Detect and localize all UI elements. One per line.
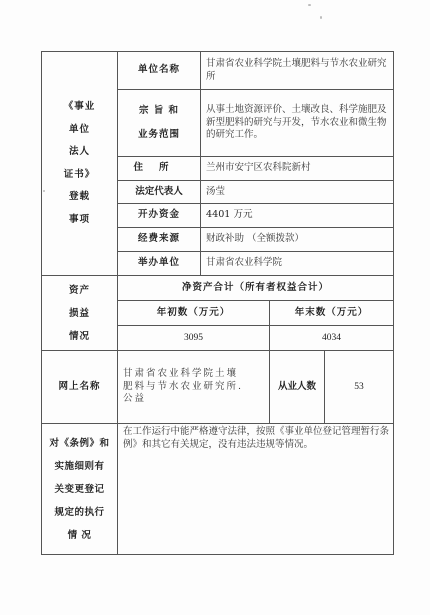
online-name-label: 网上名称 [42, 351, 118, 424]
label-line: 情 况 [42, 524, 117, 547]
purpose-scope-label: 宗 旨 和 业务范围 [118, 90, 201, 157]
label-line: 法人 [42, 141, 117, 164]
staff-count-value: 53 [325, 351, 394, 424]
value-line: 肥料与节水农业研究所. [123, 381, 269, 394]
section-assets-label: 资产 损益 情况 [42, 276, 118, 351]
registration-table: 《事业 单位 法人 证书》 登载 事项 单位名称 甘肃省农业科学院土壤肥料与节水… [41, 51, 394, 555]
section-compliance-label: 对《条例》和 实施细则有 关变更登记 规定的执行 情 况 [42, 424, 118, 555]
unit-name-value: 甘肃省农业科学院土壤肥料与节水农业研究所 [201, 52, 394, 90]
sponsor-value: 甘肃省农业科学院 [201, 252, 394, 276]
row-online-name: 网上名称 甘肃省农业科学院土壤 肥料与节水农业研究所. 公益 从业人数 53 [42, 351, 394, 424]
scan-speck [308, 4, 311, 6]
sponsor-label: 举办单位 [118, 252, 201, 276]
funding-source-value: 财政补助 （全额拨款） [201, 228, 394, 252]
funding-source-label: 经费来源 [118, 228, 201, 252]
label-line: 实施细则有 [42, 455, 117, 478]
label-line: 《事业 [42, 96, 117, 119]
label-line: 宗 旨 和 [118, 99, 200, 123]
online-name-value: 甘肃省农业科学院土壤 肥料与节水农业研究所. 公益 [118, 351, 270, 424]
section-registration-label: 《事业 单位 法人 证书》 登载 事项 [42, 52, 118, 276]
address-value: 兰州市安宁区农科院新村 [201, 157, 394, 181]
label-line: 关变更登记 [42, 478, 117, 501]
compliance-value: 在工作运行中能严格遵守法律，按照《事业单位登记管理暂行条例》和其它有关规定，没有… [118, 424, 394, 555]
address-label: 住所 [118, 157, 201, 181]
row-compliance: 对《条例》和 实施细则有 关变更登记 规定的执行 情 况 在工作运行中能严格遵守… [42, 424, 394, 555]
label-line: 规定的执行 [42, 501, 117, 524]
label-line: 资产 [42, 279, 117, 302]
row-unit-name: 《事业 单位 法人 证书》 登载 事项 单位名称 甘肃省农业科学院土壤肥料与节水… [42, 52, 394, 90]
scanned-page: 《事业 单位 法人 证书》 登载 事项 单位名称 甘肃省农业科学院土壤肥料与节水… [0, 0, 430, 615]
value-line: 甘肃省农业科学院土壤 [123, 368, 269, 381]
legal-rep-label: 法定代表人 [118, 181, 201, 204]
label-line: 业务范围 [118, 123, 200, 147]
label-line: 证书》 [42, 164, 117, 187]
year-end-value: 4034 [270, 326, 394, 351]
net-assets-header: 净资产合计（所有者权益合计） [118, 276, 394, 301]
label-line: 对《条例》和 [42, 432, 117, 455]
capital-value: 4401 万元 [201, 204, 394, 228]
label-line: 单位 [42, 119, 117, 142]
label-line: 损益 [42, 302, 117, 325]
year-begin-header: 年初数（万元） [118, 301, 270, 326]
staff-count-label: 从业人数 [270, 351, 325, 424]
label-line: 情况 [42, 325, 117, 348]
row-net-assets-header: 资产 损益 情况 净资产合计（所有者权益合计） [42, 276, 394, 301]
scan-speck [320, 16, 322, 19]
label-line: 登载 [42, 186, 117, 209]
capital-label: 开办资金 [118, 204, 201, 228]
label-line: 事项 [42, 209, 117, 232]
value-line: 公益 [123, 393, 269, 406]
unit-name-label: 单位名称 [118, 52, 201, 90]
year-begin-value: 3095 [118, 326, 270, 351]
year-end-header: 年末数（万元） [270, 301, 394, 326]
legal-rep-value: 汤莹 [201, 181, 394, 204]
purpose-scope-value: 从事土地资源评价、土壤改良、科学施肥及新型肥料的研究与开发，节水农业和微生物的研… [201, 90, 394, 157]
